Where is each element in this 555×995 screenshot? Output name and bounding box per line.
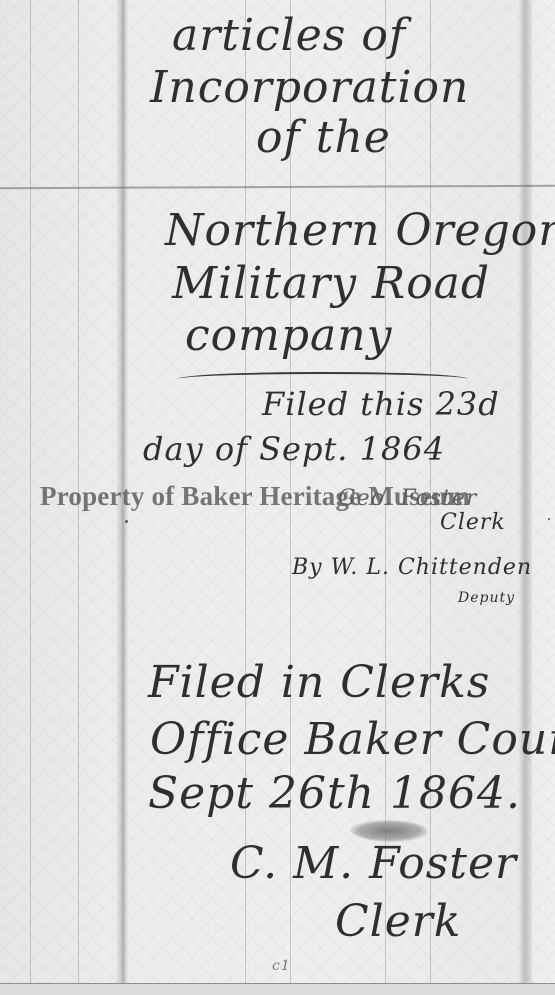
date-line: Sept 26th 1864. [148, 768, 521, 819]
scanned-document-page: articles of Incorporation of the Norther… [0, 0, 555, 985]
right-edge-crease [518, 0, 532, 985]
clerk-signature-2: C. M. Foster [230, 838, 517, 889]
ink-dot [125, 520, 128, 523]
clerk-title-1: Clerk [440, 510, 506, 535]
filed-line-2: day of Sept. 1864 [143, 430, 445, 468]
title-line-1: articles of [172, 10, 406, 61]
deputy-signature: By W. L. Chittenden [292, 555, 532, 580]
clerk-title-2: Clerk [335, 896, 461, 947]
filed-in-clerks-line: Filed in Clerks [148, 657, 490, 708]
horizontal-fold-line [0, 185, 555, 189]
underline-flourish [178, 372, 468, 386]
filed-line-1: Filed this 23d [262, 385, 500, 423]
title-line-3: of the [256, 112, 391, 163]
bottom-pencil-mark: c1 [272, 958, 291, 974]
ruled-line [30, 0, 31, 985]
page-bottom-edge [0, 983, 555, 995]
title-line-2: Incorporation [150, 62, 469, 113]
company-line-2: Military Road [172, 258, 490, 309]
office-line: Office Baker County [150, 714, 555, 765]
deputy-title: Deputy [458, 590, 515, 606]
company-line-3: company [185, 310, 392, 361]
museum-watermark: Property of Baker Heritage Museum [40, 481, 470, 512]
ink-dot [548, 518, 550, 520]
company-line-1: Northern Oregon [165, 205, 555, 256]
